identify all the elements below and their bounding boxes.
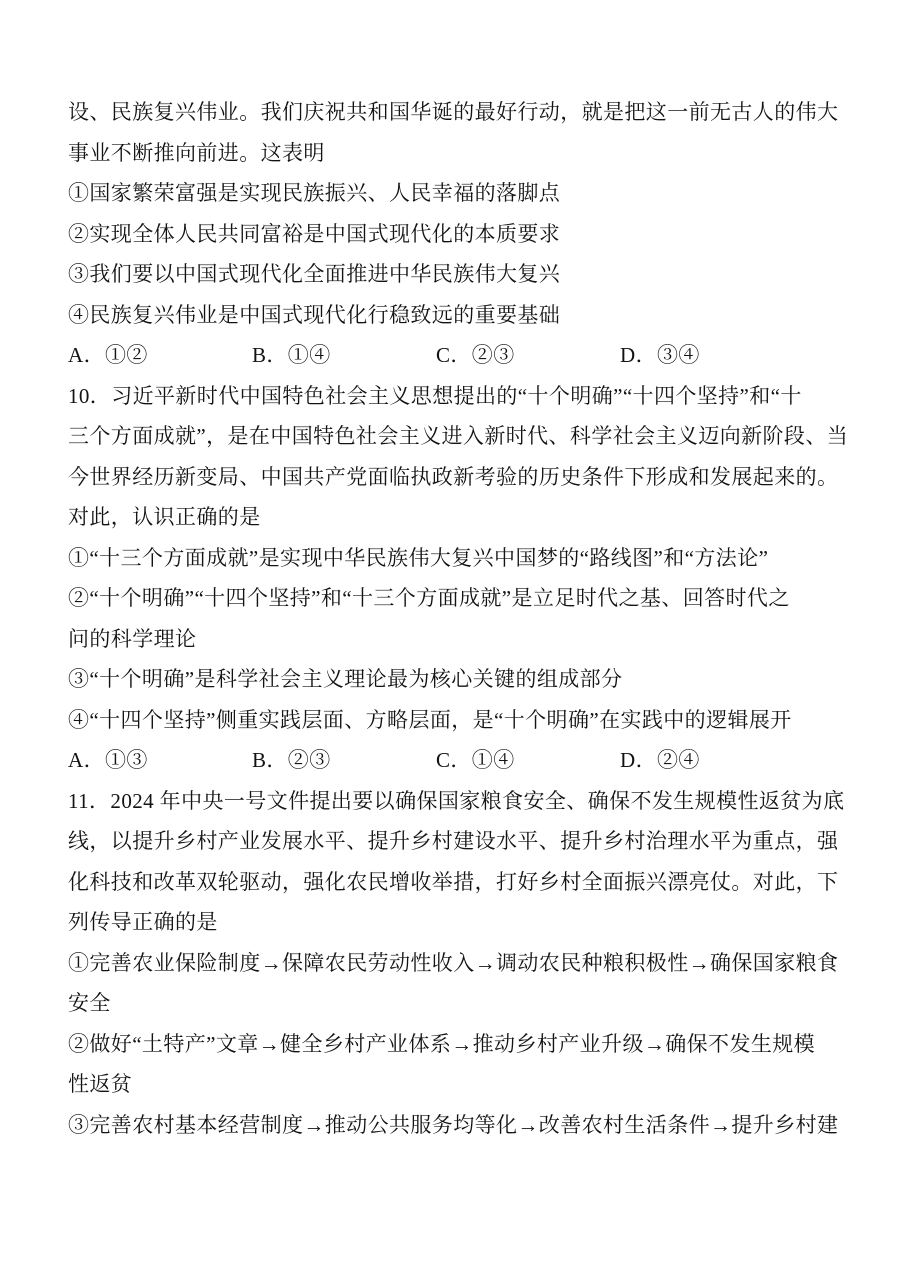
q10-answer-options-row: A．①③ B．②③ C．①④ D．②④ <box>68 740 840 781</box>
q11-stem-line: 线，以提升乡村产业发展水平、提升乡村建设水平、提升乡村治理水平为重点，强 <box>68 821 840 862</box>
q9-answer-option-d: D．③④ <box>620 335 700 376</box>
q9-answer-option-a: A．①② <box>68 335 252 376</box>
q10-stem-line: 三个方面成就”，是在中国特色社会主义进入新时代、科学社会主义迈向新阶段、当 <box>68 416 840 457</box>
q10-choice-line: ③“十个明确”是科学社会主义理论最为核心关键的组成部分 <box>68 659 840 700</box>
q11-choice-line: ①完善农业保险制度→保障农民劳动性收入→调动农民种粮积极性→确保国家粮食 <box>68 943 840 984</box>
q10-stem-line: 10．习近平新时代中国特色社会主义思想提出的“十个明确”“十四个坚持”和“十 <box>68 376 840 417</box>
q11-stem-line: 11．2024 年中央一号文件提出要以确保国家粮食安全、确保不发生规模性返贫为底 <box>68 781 840 822</box>
q9-choice-line: ③我们要以中国式现代化全面推进中华民族伟大复兴 <box>68 254 840 295</box>
q9-choice-line: ②实现全体人民共同富裕是中国式现代化的本质要求 <box>68 214 840 255</box>
q10-choice-line: ②“十个明确”“十四个坚持”和“十三个方面成就”是立足时代之基、回答时代之 <box>68 578 840 619</box>
q11-stem-line: 化科技和改革双轮驱动，强化农民增收举措，打好乡村全面振兴漂亮仗。对此，下 <box>68 862 840 903</box>
q9-choice-line: ①国家繁荣富强是实现民族振兴、人民幸福的落脚点 <box>68 173 840 214</box>
q10-answer-option-c: C．①④ <box>436 740 620 781</box>
exam-page: 设、民族复兴伟业。我们庆祝共和国华诞的最好行动，就是把这一前无古人的伟大 事业不… <box>0 0 900 1271</box>
q11-choice-line: 安全 <box>68 983 840 1024</box>
q10-answer-option-d: D．②④ <box>620 740 700 781</box>
q9-answer-option-b: B．①④ <box>252 335 436 376</box>
q10-choice-line: 问的科学理论 <box>68 619 840 660</box>
q10-answer-option-b: B．②③ <box>252 740 436 781</box>
q9-stem-line: 事业不断推向前进。这表明 <box>68 133 840 174</box>
q10-stem-line: 今世界经历新变局、中国共产党面临执政新考验的历史条件下形成和发展起来的。 <box>68 457 840 498</box>
q11-stem-line: 列传导正确的是 <box>68 902 840 943</box>
q11-choice-line: 性返贫 <box>68 1064 840 1105</box>
q10-stem-line: 对此，认识正确的是 <box>68 497 840 538</box>
q11-choice-line: ②做好“土特产”文章→健全乡村产业体系→推动乡村产业升级→确保不发生规模 <box>68 1024 840 1065</box>
q10-answer-option-a: A．①③ <box>68 740 252 781</box>
q9-stem-line: 设、民族复兴伟业。我们庆祝共和国华诞的最好行动，就是把这一前无古人的伟大 <box>68 92 840 133</box>
q11-choice-line: ③完善农村基本经营制度→推动公共服务均等化→改善农村生活条件→提升乡村建 <box>68 1105 840 1146</box>
q9-answer-options-row: A．①② B．①④ C．②③ D．③④ <box>68 335 840 376</box>
q9-choice-line: ④民族复兴伟业是中国式现代化行稳致远的重要基础 <box>68 295 840 336</box>
q9-answer-option-c: C．②③ <box>436 335 620 376</box>
q10-choice-line: ①“十三个方面成就”是实现中华民族伟大复兴中国梦的“路线图”和“方法论” <box>68 538 840 579</box>
q10-choice-line: ④“十四个坚持”侧重实践层面、方略层面，是“十个明确”在实践中的逻辑展开 <box>68 700 840 741</box>
